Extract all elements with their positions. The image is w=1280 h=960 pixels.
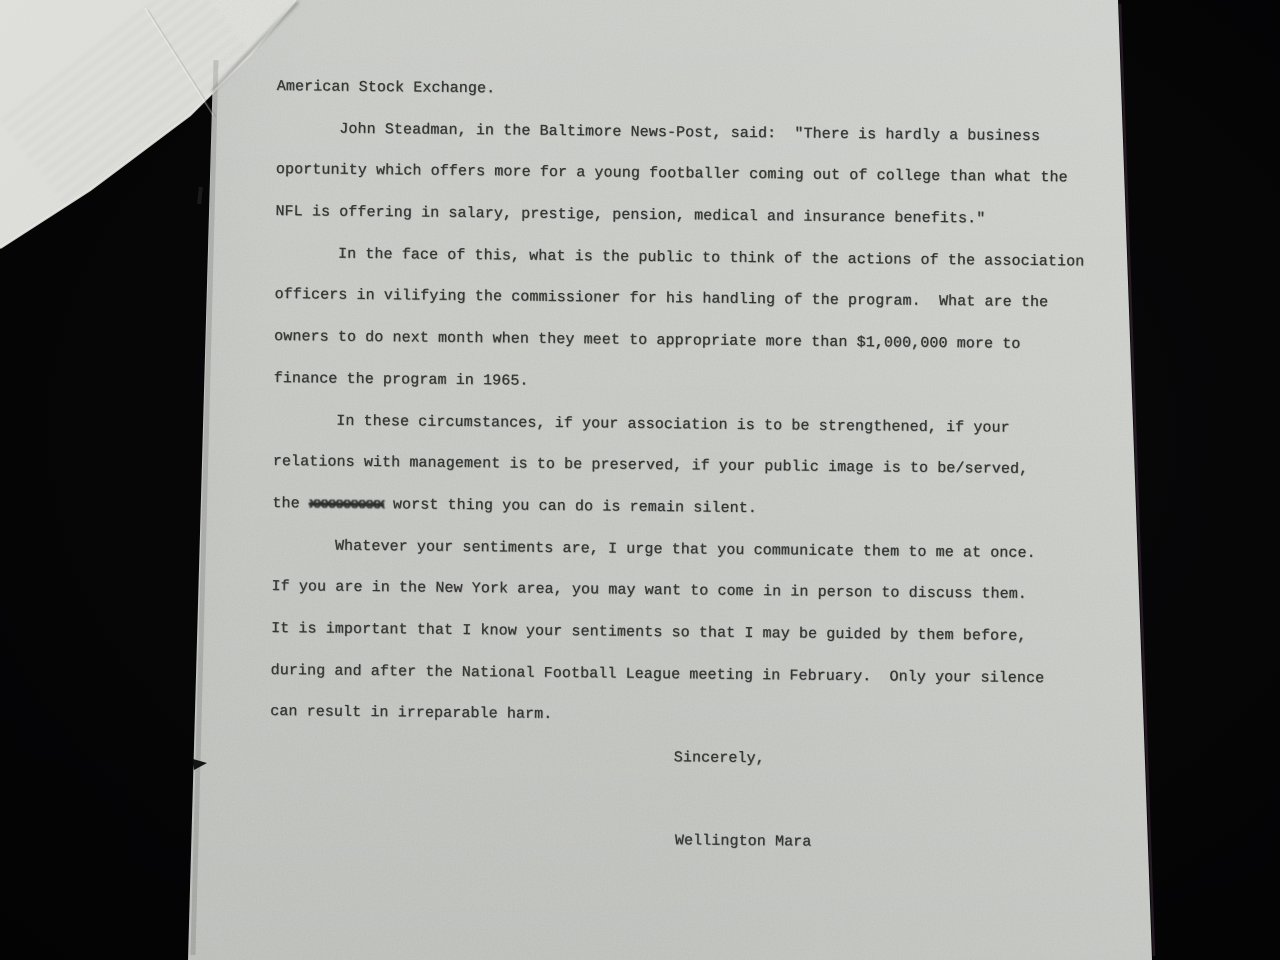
letter-signature: Wellington Mara (269, 816, 1109, 866)
letter-body: American Stock Exchange.John Steadman, i… (269, 66, 1117, 867)
staple-mark-top (197, 187, 203, 204)
letter-lines: American Stock Exchange.John Steadman, i… (270, 66, 1117, 742)
letter-line: can result in irreparable harm. (270, 691, 1110, 741)
line-text: the (272, 495, 309, 512)
line-text: worst thing you can do is remain silent. (384, 496, 757, 517)
struck-out-word: xxxxxxxxxx (309, 495, 384, 513)
photo-background: American Stock Exchange.John Steadman, i… (0, 0, 1280, 960)
